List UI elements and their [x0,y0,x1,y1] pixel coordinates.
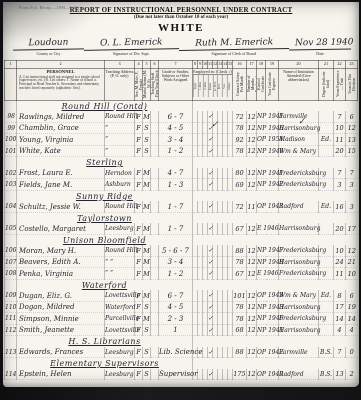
sex-value: F [135,168,143,179]
experience-division: 13 [346,134,358,146]
teacher-name: Penka, Virginia [17,268,105,280]
first-year-cell [151,256,159,268]
months-value: 12 [247,145,257,157]
header-degree: Degree (Indicate kind) [319,68,334,100]
table-row: 113 Edwards, Frances Leesburg F S Lib. S… [5,347,358,358]
marital-value: M [143,179,151,191]
salary-value: 88 [233,347,247,358]
certificate-value: NP 1948 [257,256,279,268]
degree-value [319,301,334,313]
teacher-name: Rawlings, Mildred [17,111,105,122]
sex-value: F [135,256,143,268]
marital-value: S [143,145,151,157]
certificate-value: NP 1942 [257,179,279,191]
experience-division: 19 [346,301,358,313]
certificate-value: NP 1941 [257,111,279,122]
row-number: 114 [5,369,17,380]
degree-value: Ed. [319,290,334,301]
header-first-year: Teaching Staff First Year (Check √) [151,68,159,100]
teacher-name: Smith, Jeanette [17,324,105,336]
header-exp-division: Years in This Division [346,68,358,100]
table-row: 109 Dugan, Eliz. G. Lovettsville F M 6 -… [5,290,358,301]
first-year-cell [151,134,159,146]
experience-division: 0 [346,347,358,358]
section-spacer [193,234,358,245]
experience-division: 6 [346,111,358,122]
salary-value: 78 [233,145,247,157]
grades-assigned: 4 - 7 [159,168,193,179]
header-salary: Contract Salary Per Month [233,68,247,100]
experience-total: 13 [334,369,346,380]
degree-value: B.S. [319,369,334,380]
grades-assigned: 3 - 4 [159,256,193,268]
sex-value: F [135,201,143,212]
degree-value [319,324,334,336]
first-year-cell [151,324,159,336]
teacher-name: Beavers, Edith A. [17,256,105,268]
col-num: 23 [346,60,358,68]
school-name: Taylorstown [17,212,193,223]
degree-value: Ed. [319,134,334,146]
teacher-name: Costello, Margaret [17,223,105,234]
degree-value [319,256,334,268]
certificate-value: E 1946 [257,223,279,234]
row-number: 103 [5,179,17,191]
school-section-row: Elementary Supervisors [5,358,358,369]
salary-value: 67 [233,223,247,234]
certificate-value: NP 1946 [257,122,279,134]
supt-signature: O. L. Emerick Signature of Div. Supt. [84,38,179,56]
date-caption: Date [289,51,351,56]
months-value: 12 [247,168,257,179]
section-spacer [5,336,17,347]
grades-assigned: 2 - 3 [159,313,193,325]
teaching-address: Herndon [105,168,135,179]
header-cert-kind: Kind of Certificate [257,68,266,100]
county-name: Loudoun [13,37,84,50]
supt-caption: Signature of Div. Supt. [84,51,179,56]
experience-division: 12 [346,122,358,134]
row-number: 105 [5,223,17,234]
date-signature: Nov 28 1940 Date [289,38,351,56]
col-num: 16 [233,60,247,68]
grades-assigned: 6 - 7 [159,111,193,122]
experience-division: 6 [346,290,358,301]
row-number: 111 [5,313,17,325]
section-spacer [193,336,358,347]
section-spacer [193,157,358,168]
institution-value: Harrisonburg [279,256,319,268]
teaching-address: ” ” [105,268,135,280]
experience-total: 17 [334,301,346,313]
section-spacer [193,100,358,111]
grades-assigned: 1 - 3 [159,179,193,191]
grades-assigned: 1 - 2 [159,268,193,280]
salary-value: 78 [233,256,247,268]
experience-total: 24 [334,256,346,268]
experience-division: 4 [346,324,358,336]
months-value: 12 [247,245,257,256]
grades-assigned: 1 - 7 [159,223,193,234]
table-row: 102 Frost, Laura E. Herndon F M 4 - 7 ✓ … [5,168,358,179]
table-row: 103 Fields, Jane M. Ashburn F M 1 - 3 ✓ … [5,179,358,191]
first-year-cell [151,201,159,212]
sex-value: F [135,111,143,122]
teaching-address: ” [105,145,135,157]
col-num: 19 [266,60,279,68]
teaching-address: Purcellville [105,313,135,325]
sex-value: F [135,145,143,157]
col-num: 22 [334,60,346,68]
institution-value: Fredericksburg [279,268,319,280]
certificate-value: NP 1941 [257,168,279,179]
experience-division: 3 [346,179,358,191]
institution-value: Harrisonburg [279,324,319,336]
months-value: 12 [247,134,257,146]
degree-value [319,145,334,157]
marital-value: S [143,301,151,313]
first-year-cell [151,268,159,280]
marital-value: S [143,122,151,134]
institution-value: Radford [279,201,319,212]
table-header: 1 2 3 4 5 6 7 8 9 10 11 12 13 14 15 16 1 [5,60,358,100]
first-year-cell [151,168,159,179]
signature-row: Loudoun County or City O. L. Emerick Sig… [3,36,359,56]
teaching-address: Leesburg [105,347,135,358]
section-spacer [5,279,17,290]
months-value: 12 [247,268,257,280]
col-num: 6 [151,60,159,68]
header-institution: Name of Institution Attended (Give abbre… [279,68,319,100]
salary-value: 68 [233,324,247,336]
section-spacer [5,100,17,111]
experience-total: 20 [334,223,346,234]
table-row: 111 Simpson, Minnie Purcellville F M 2 -… [5,313,358,325]
institution-value: Harrisonburg [279,223,319,234]
column-number-row: 1 2 3 4 5 6 7 8 9 10 11 12 13 14 15 16 1 [5,60,358,68]
row-number: 112 [5,324,17,336]
school-name: Round Hill (Contd) [17,100,193,111]
salary-value: 101 [233,290,247,301]
institution-value: Harrisonburg [279,301,319,313]
experience-total: 8 [334,290,346,301]
col-num: 1 [5,60,17,68]
employed-sub-labels: Kgn. 1-Rm. 2-Rm. Elem. Jr. H.S. H.S. Voc… [193,75,232,97]
grades-assigned: 1 [159,324,193,336]
marital-value: S [143,369,151,380]
personnel-table: 1 2 3 4 5 6 7 8 9 10 11 12 13 14 15 16 1 [4,60,358,381]
grades-assigned: 3 - 4 [159,134,193,146]
first-year-cell [151,179,159,191]
row-number: 102 [5,168,17,179]
grades-assigned: 1 - 2 [159,145,193,157]
months-value: 12 [247,324,257,336]
degree-value: Ed. [319,201,334,212]
institution-value: Fredericksburg [279,179,319,191]
experience-division: 21 [346,256,358,268]
experience-division: 15 [346,145,358,157]
marital-value: M [143,223,151,234]
section-spacer [5,234,17,245]
teaching-address: Round Hill [105,245,135,256]
header-months: Number of Months Employed [247,68,257,100]
marital-value: M [143,245,151,256]
form-number: Form Sch. Recap.—10M—9-40 [19,5,78,10]
teaching-address: Round Hill [105,201,135,212]
experience-division: 7 [346,168,358,179]
sex-value: F [135,134,143,146]
first-year-cell [151,347,159,358]
header-personnel: PERSONNEL A. List instructional staff no… [17,68,105,100]
months-value: 12 [247,290,257,301]
certificate-value: OP 1954 [257,134,279,146]
grades-assigned: 6 - 7 [159,290,193,301]
teaching-address: Lovettsville [105,324,135,336]
date-value: Nov 28 1940 [289,37,351,50]
marital-value: M [143,256,151,268]
sex-value: F [135,245,143,256]
teacher-name: Young, Virginia [17,134,105,146]
teacher-name: White, Kate [17,145,105,157]
experience-division: 12 [346,245,358,256]
experience-total: 11 [334,134,346,146]
experience-division: 3 [346,201,358,212]
supt-name: O. L. Emerick [84,37,179,51]
section-spacer [193,190,358,201]
months-value: 12 [247,223,257,234]
header-grades: Grade or Studies, Subjects or Other Work… [159,68,193,100]
form-subtitle: (Due not later than October 10 of each y… [3,15,359,21]
col-num: 17 [247,60,257,68]
salary-value: 78 [233,122,247,134]
certificate-value: NP 1947 [257,245,279,256]
section-spacer [193,279,358,290]
marital-value: M [143,290,151,301]
school-name: Sunny Ridge [17,190,193,201]
first-year-cell [151,313,159,325]
teacher-name: Epstein, Helen [17,369,105,380]
clerk-caption: Signature of Clerk of Board [179,51,289,56]
certificate-value: OP 1949 [257,369,279,380]
header-sex: Sex: M, Male; F, Female [135,68,143,100]
first-year-cell [151,145,159,157]
salary-value: 72 [233,111,247,122]
row-number: 113 [5,347,17,358]
first-year-cell [151,122,159,134]
sex-value: F [135,179,143,191]
row-number: 106 [5,245,17,256]
row-number: 108 [5,268,17,280]
marital-value: M [143,111,151,122]
teacher-name: Simpson, Minnie [17,313,105,325]
column-label-row: PERSONNEL A. List instructional staff no… [5,68,358,100]
county-caption: County or City [13,51,84,56]
certificate-value: NP 1949 [257,145,279,157]
salary-value: 80 [233,168,247,179]
months-value: 12 [247,369,257,380]
header-exp-total: Years Experience — Total [334,68,346,100]
degree-value [319,122,334,134]
col-num: 18 [257,60,266,68]
school-name: Waterford [17,279,193,290]
row-number: 99 [5,122,17,134]
row-number: 107 [5,256,17,268]
grades-assigned: Supervisor [159,369,193,380]
sex-value: F [135,122,143,134]
experience-total: 10 [334,245,346,256]
certificate-value: E 1946 [257,268,279,280]
table-body: Round Hill (Contd) 98 Rawlings, Mildred … [5,100,358,380]
sex-value: F [135,301,143,313]
certificate-value: NP 1941 [257,324,279,336]
clerk-name: Ruth M. Emerick [178,37,289,51]
teaching-address: Leesburg [105,223,135,234]
col-num: 5 [143,60,151,68]
school-section-row: Waterford [5,279,358,290]
grades-assigned: Lib. Science [159,347,193,358]
school-name: Sterling [17,157,193,168]
school-name: H. S. Librarians [17,336,193,347]
months-value: 12 [247,256,257,268]
row-number: 100 [5,134,17,146]
experience-division: 17 [346,223,358,234]
sex-value: F [135,369,143,380]
header-cert-year: Year Certificate Expires [266,68,279,100]
experience-total: 11 [334,268,346,280]
col-num: 7 [159,60,193,68]
experience-division: 14 [346,313,358,325]
col-num: 4 [135,60,143,68]
grades-assigned: 1 - 7 [159,201,193,212]
first-year-cell [151,223,159,234]
section-spacer [193,212,358,223]
institution-value: Fredericksburg [279,168,319,179]
experience-total: 16 [334,201,346,212]
school-name: Unison Bloomfield [17,234,193,245]
section-spacer [5,358,17,369]
marital-value: S [143,324,151,336]
table-row: 112 Smith, Jeanette Lovettsville F S 1 ✓… [5,324,358,336]
sex-value: F [135,223,143,234]
header-marital: Marital Status (M, W, S) [143,68,151,100]
experience-total: 10 [334,122,346,134]
salary-value: 175 [233,369,247,380]
grades-assigned: 4 - 5 [159,301,193,313]
experience-total: 7 [334,347,346,358]
first-year-cell [151,111,159,122]
marital-value: M [143,201,151,212]
institution-value: Madison [279,134,319,146]
scan-bottom-edge [0,387,361,400]
sex-value: F [135,290,143,301]
experience-total: 7 [334,111,346,122]
institution-value: Wm & Mary [279,290,319,301]
row-number: 109 [5,290,17,301]
teaching-address: ” [105,122,135,134]
teacher-name: Frost, Laura E. [17,168,105,179]
table-row: 104 Schultz, Jessie W. Round Hill F M 1 … [5,201,358,212]
experience-total: 14 [334,313,346,325]
row-number: 104 [5,201,17,212]
school-section-row: Unison Bloomfield [5,234,358,245]
sex-value: F [135,347,143,358]
section-spacer [193,358,358,369]
section-spacer [5,190,17,201]
teaching-address: Round Hill [105,111,135,122]
marital-value: S [143,347,151,358]
pen-mark: ✓ [297,116,306,128]
scanned-page: Form Sch. Recap.—10M—9-40 REPORT OF INST… [0,0,361,400]
degree-value [319,111,334,122]
certificate-value: OP 1943 [257,201,279,212]
marital-value: M [143,313,151,325]
teaching-address: Lovettsville [105,290,135,301]
experience-total: 7 [334,168,346,179]
school-section-row: H. S. Librarians [5,336,358,347]
marital-value: S [143,134,151,146]
salary-value: 78 [233,313,247,325]
experience-division: 2 [346,369,358,380]
salary-value: 67 [233,268,247,280]
experience-total: 20 [334,145,346,157]
table-row: 108 Penka, Virginia ” ” F M 1 - 2 ✓ 67 1… [5,268,358,280]
col-num: 3 [105,60,135,68]
table-row: 110 Dogan, Mildred Waterford F S 4 - 5 ✓… [5,301,358,313]
teaching-address: Ashburn [105,179,135,191]
marital-value: M [143,268,151,280]
pen-mark: ✓ [211,119,219,130]
first-year-cell [151,301,159,313]
degree-value: B.S. [319,347,334,358]
certificate-value: NP 1943 [257,301,279,313]
months-value: 12 [247,301,257,313]
row-number: 98 [5,111,17,122]
months-value: 12 [247,313,257,325]
institution-value: Wm & Mary [279,145,319,157]
header-address: Teaching Address (P. O. only) [105,68,135,100]
col-num: 21 [319,60,334,68]
clerk-signature: Ruth M. Emerick Signature of Clerk of Bo… [179,38,289,56]
months-value: 11 [247,201,257,212]
teacher-name: Schultz, Jessie W. [17,201,105,212]
teacher-name: Moran, Mary H. [17,245,105,256]
race-heading: WHITE [3,22,359,36]
experience-total: 3 [334,179,346,191]
teacher-name: Dugan, Eliz. G. [17,290,105,301]
table-row: 107 Beavers, Edith A. ” ” F M 3 - 4 ✓ 78… [5,256,358,268]
header-employed-group: Employed in: (Check √) Kgn. 1-Rm. 2-Rm. … [193,68,233,100]
row-number: 110 [5,301,17,313]
section-spacer [5,212,17,223]
header-row-number [5,68,17,100]
school-section-row: Sunny Ridge [5,190,358,201]
col-num: 2 [17,60,105,68]
teaching-address: Waterford [105,301,135,313]
experience-division: 10 [346,268,358,280]
school-section-row: Sterling [5,157,358,168]
first-year-cell [151,245,159,256]
teaching-address: ” ” [105,256,135,268]
teacher-name: Fields, Jane M. [17,179,105,191]
teacher-name: Edwards, Frances [17,347,105,358]
months-value: 12 [247,111,257,122]
report-form: Form Sch. Recap.—10M—9-40 REPORT OF INST… [3,2,359,387]
certificate-value: OP 1943 [257,290,279,301]
marital-value: M [143,168,151,179]
degree-value [319,223,334,234]
sex-value: F [135,313,143,325]
school-name: Elementary Supervisors [17,358,193,369]
